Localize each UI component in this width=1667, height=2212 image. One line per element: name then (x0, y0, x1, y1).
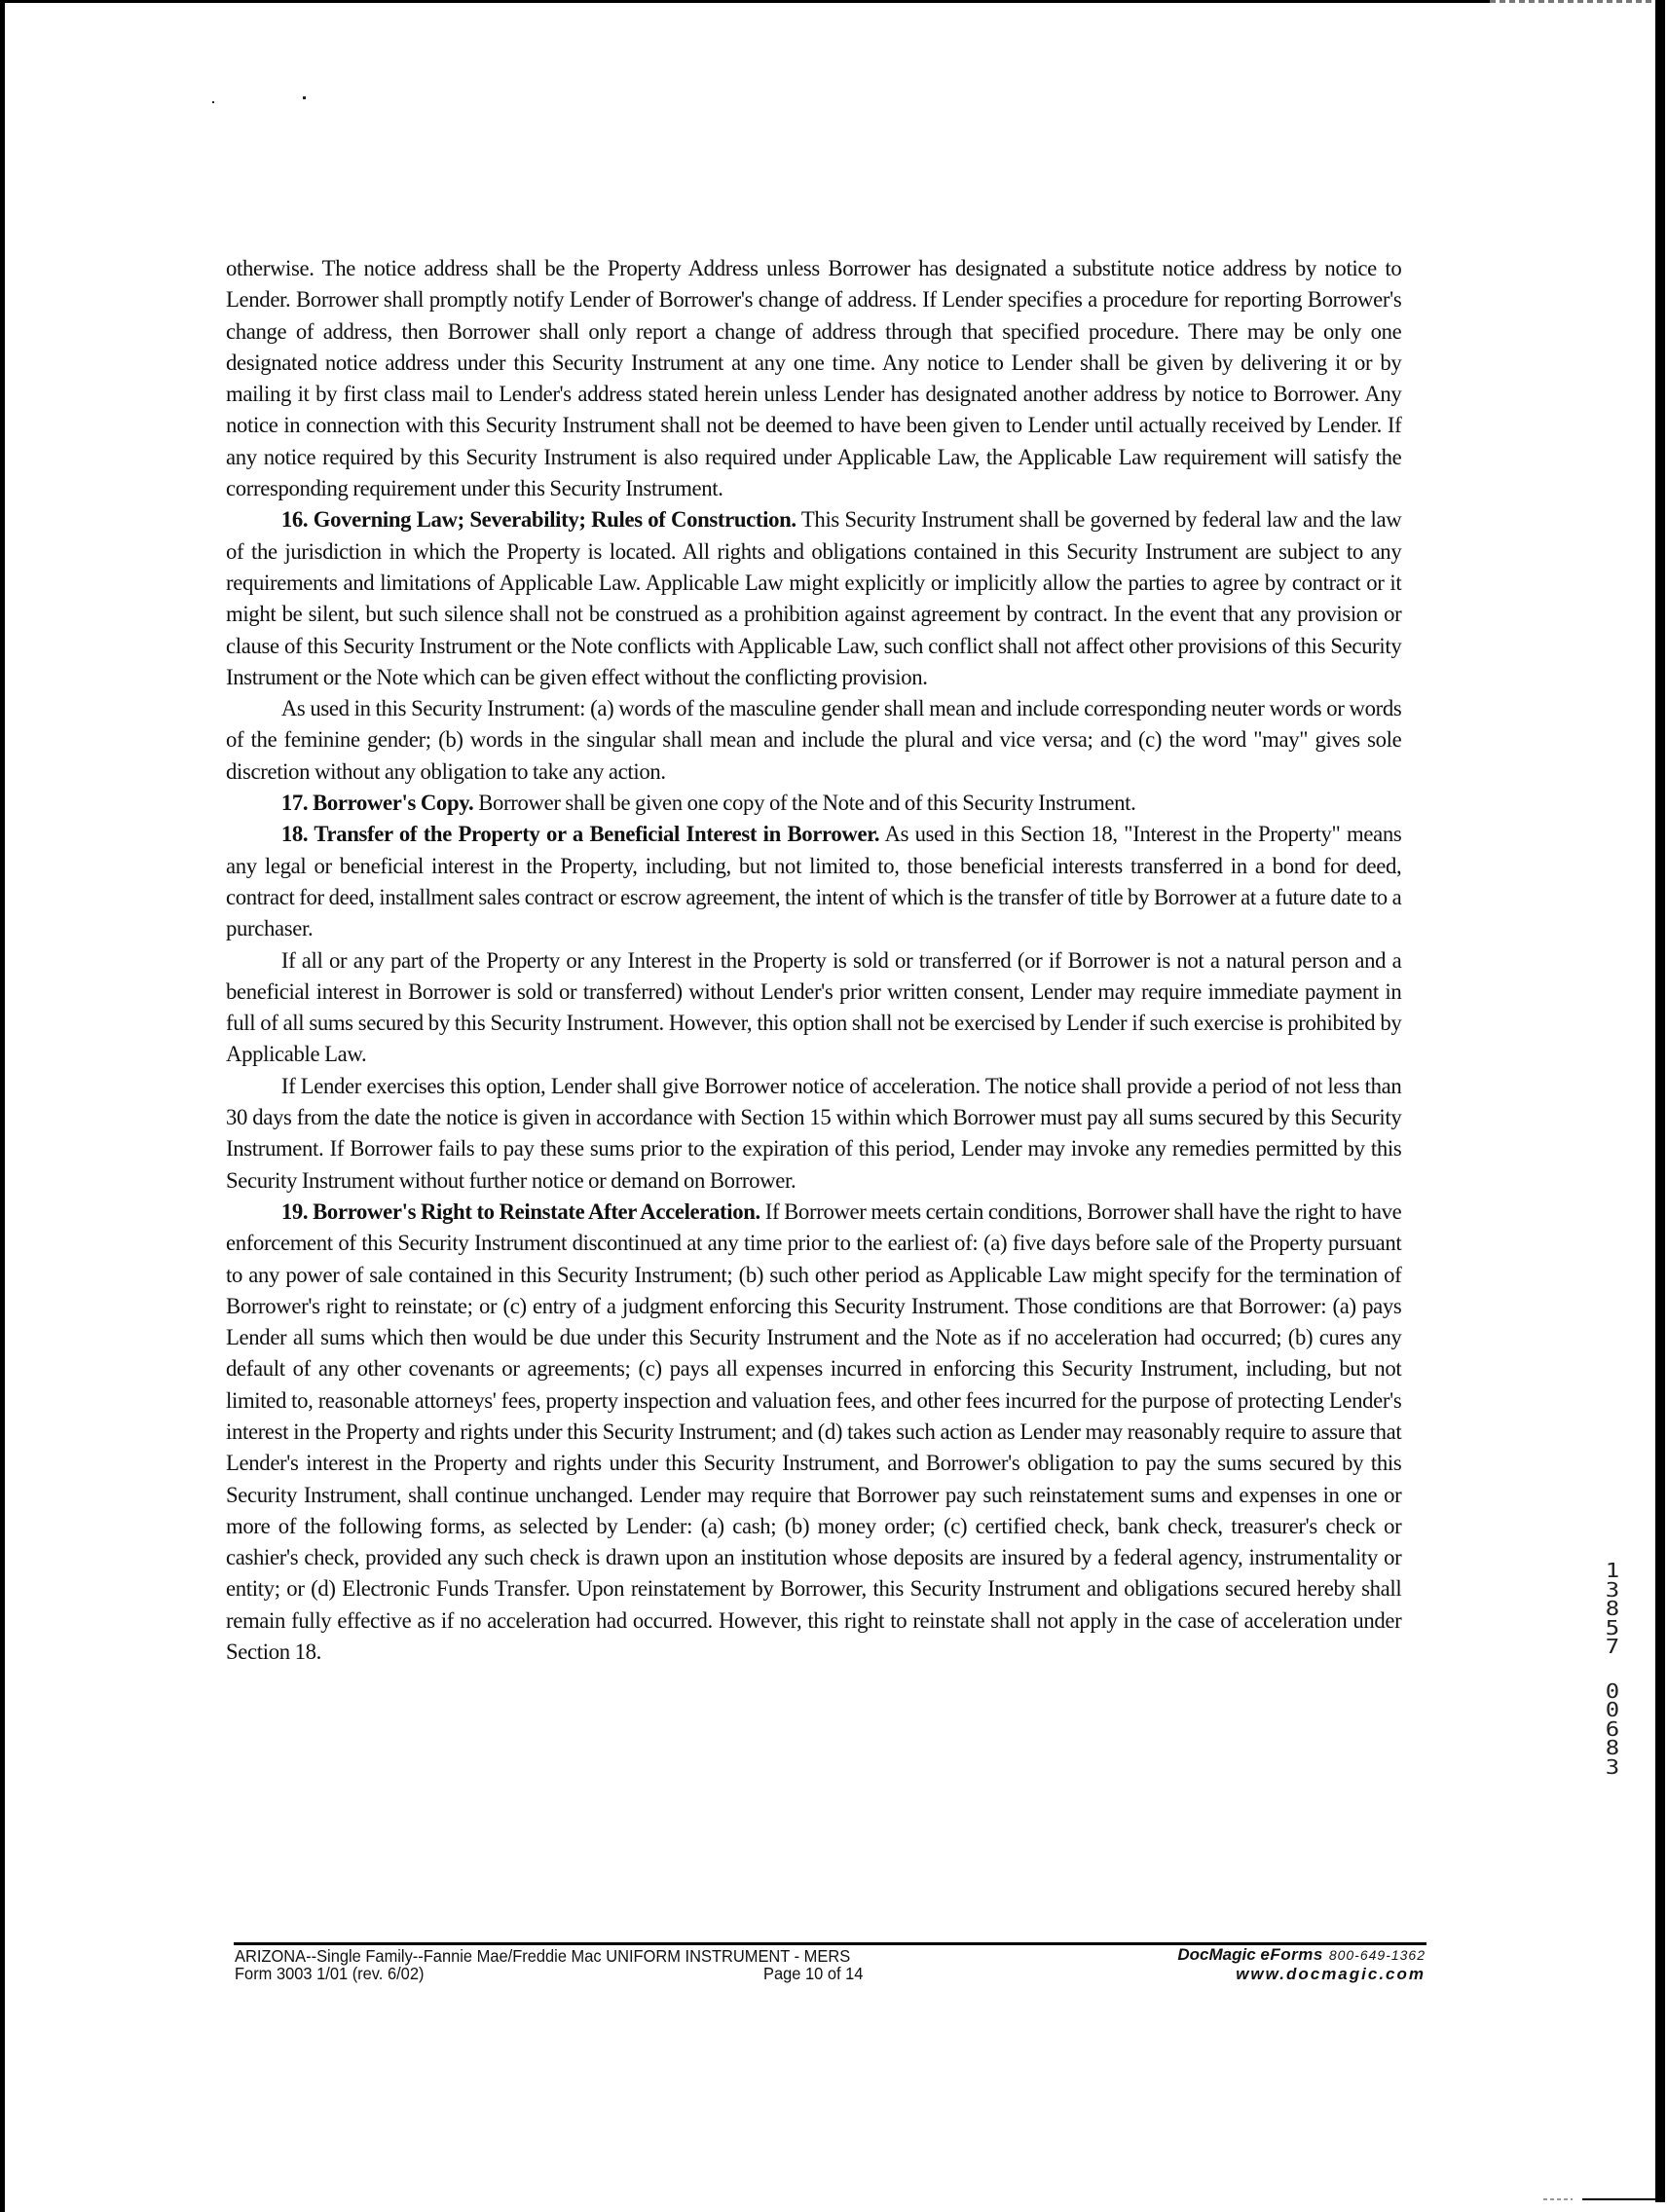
recording-number-stamp: 1 3 8 5 7 0 0 6 8 3 (1603, 1562, 1622, 1777)
document-body: otherwise. The notice address shall be t… (226, 253, 1401, 1668)
paragraph-text: If Lender exercises this option, Lender … (226, 1074, 1401, 1194)
stamp-digit: 5 (1603, 1620, 1622, 1637)
section-heading: 16. Governing Law; Severability; Rules o… (281, 507, 796, 533)
stamp-digit: 3 (1603, 1759, 1622, 1776)
stamp-digit: 3 (1603, 1582, 1622, 1599)
scan-edge-left (0, 0, 5, 2212)
paragraph-notice-continued: otherwise. The notice address shall be t… (226, 253, 1401, 504)
paragraph-text: If Borrower meets certain conditions, Bo… (226, 1199, 1401, 1665)
footer-docmagic-brand: DocMagic eForms800-649-1362 www.docmagic… (1177, 1945, 1426, 1983)
document-page: otherwise. The notice address shall be t… (0, 0, 1667, 2212)
eforms-logo-icon: eForms (1260, 1945, 1322, 1964)
stamp-digit: 0 (1603, 1702, 1622, 1718)
footer-form-info: ARIZONA--Single Family--Fannie Mae/Fredd… (235, 1947, 850, 1982)
scan-edge-top (0, 0, 1490, 3)
scan-edge-bottom (1582, 2198, 1665, 2200)
paragraph-16-definitions: As used in this Security Instrument: (a)… (226, 693, 1401, 788)
paragraph-text: This Security Instrument shall be govern… (226, 507, 1401, 689)
footer-form-title: ARIZONA--Single Family--Fannie Mae/Fredd… (235, 1947, 850, 1965)
paragraph-17-borrowers-copy: 17. Borrower's Copy. Borrower shall be g… (226, 788, 1401, 819)
stamp-digit: 0 (1603, 1683, 1622, 1700)
footer-form-number: Form 3003 1/01 (rev. 6/02) (235, 1965, 850, 1982)
paragraph-18-acceleration: If Lender exercises this option, Lender … (226, 1071, 1401, 1197)
section-heading: 18. Transfer of the Property or a Benefi… (281, 822, 879, 847)
stamp-digit: 8 (1603, 1740, 1622, 1756)
brand-name: DocMagic (1177, 1945, 1260, 1964)
stamp-digit: 6 (1603, 1721, 1622, 1738)
stamp-gap (1603, 1657, 1622, 1682)
paragraph-18-transfer: 18. Transfer of the Property or a Benefi… (226, 819, 1401, 944)
paragraph-text: As used in this Security Instrument: (a)… (226, 696, 1401, 785)
paragraph-text: Borrower shall be given one copy of the … (473, 791, 1135, 816)
brand-website: www.docmagic.com (1177, 1965, 1426, 1983)
footer-page-number: Page 10 of 14 (763, 1965, 863, 1982)
paragraph-18-sale: If all or any part of the Property or an… (226, 945, 1401, 1071)
paragraph-19-reinstate: 19. Borrower's Right to Reinstate After … (226, 1197, 1401, 1668)
scan-speck (303, 96, 306, 99)
paragraph-text: If all or any part of the Property or an… (226, 948, 1401, 1068)
stamp-digit: 7 (1603, 1639, 1622, 1655)
section-heading: 19. Borrower's Right to Reinstate After … (281, 1199, 760, 1225)
paragraph-16-governing-law: 16. Governing Law; Severability; Rules o… (226, 504, 1401, 693)
stamp-digit: 1 (1603, 1563, 1622, 1579)
scan-speck (212, 101, 214, 103)
scan-edge-top-dotted (1490, 0, 1655, 3)
docmagic-logo: DocMagic eForms800-649-1362 (1177, 1945, 1426, 1965)
paragraph-text: otherwise. The notice address shall be t… (226, 256, 1401, 501)
scan-edge-right (1655, 0, 1665, 2202)
stamp-digit: 8 (1603, 1601, 1622, 1617)
section-heading: 17. Borrower's Copy. (281, 791, 474, 816)
scan-edge-bottom-dots (1543, 2198, 1573, 2200)
brand-phone: 800-649-1362 (1329, 1947, 1426, 1963)
